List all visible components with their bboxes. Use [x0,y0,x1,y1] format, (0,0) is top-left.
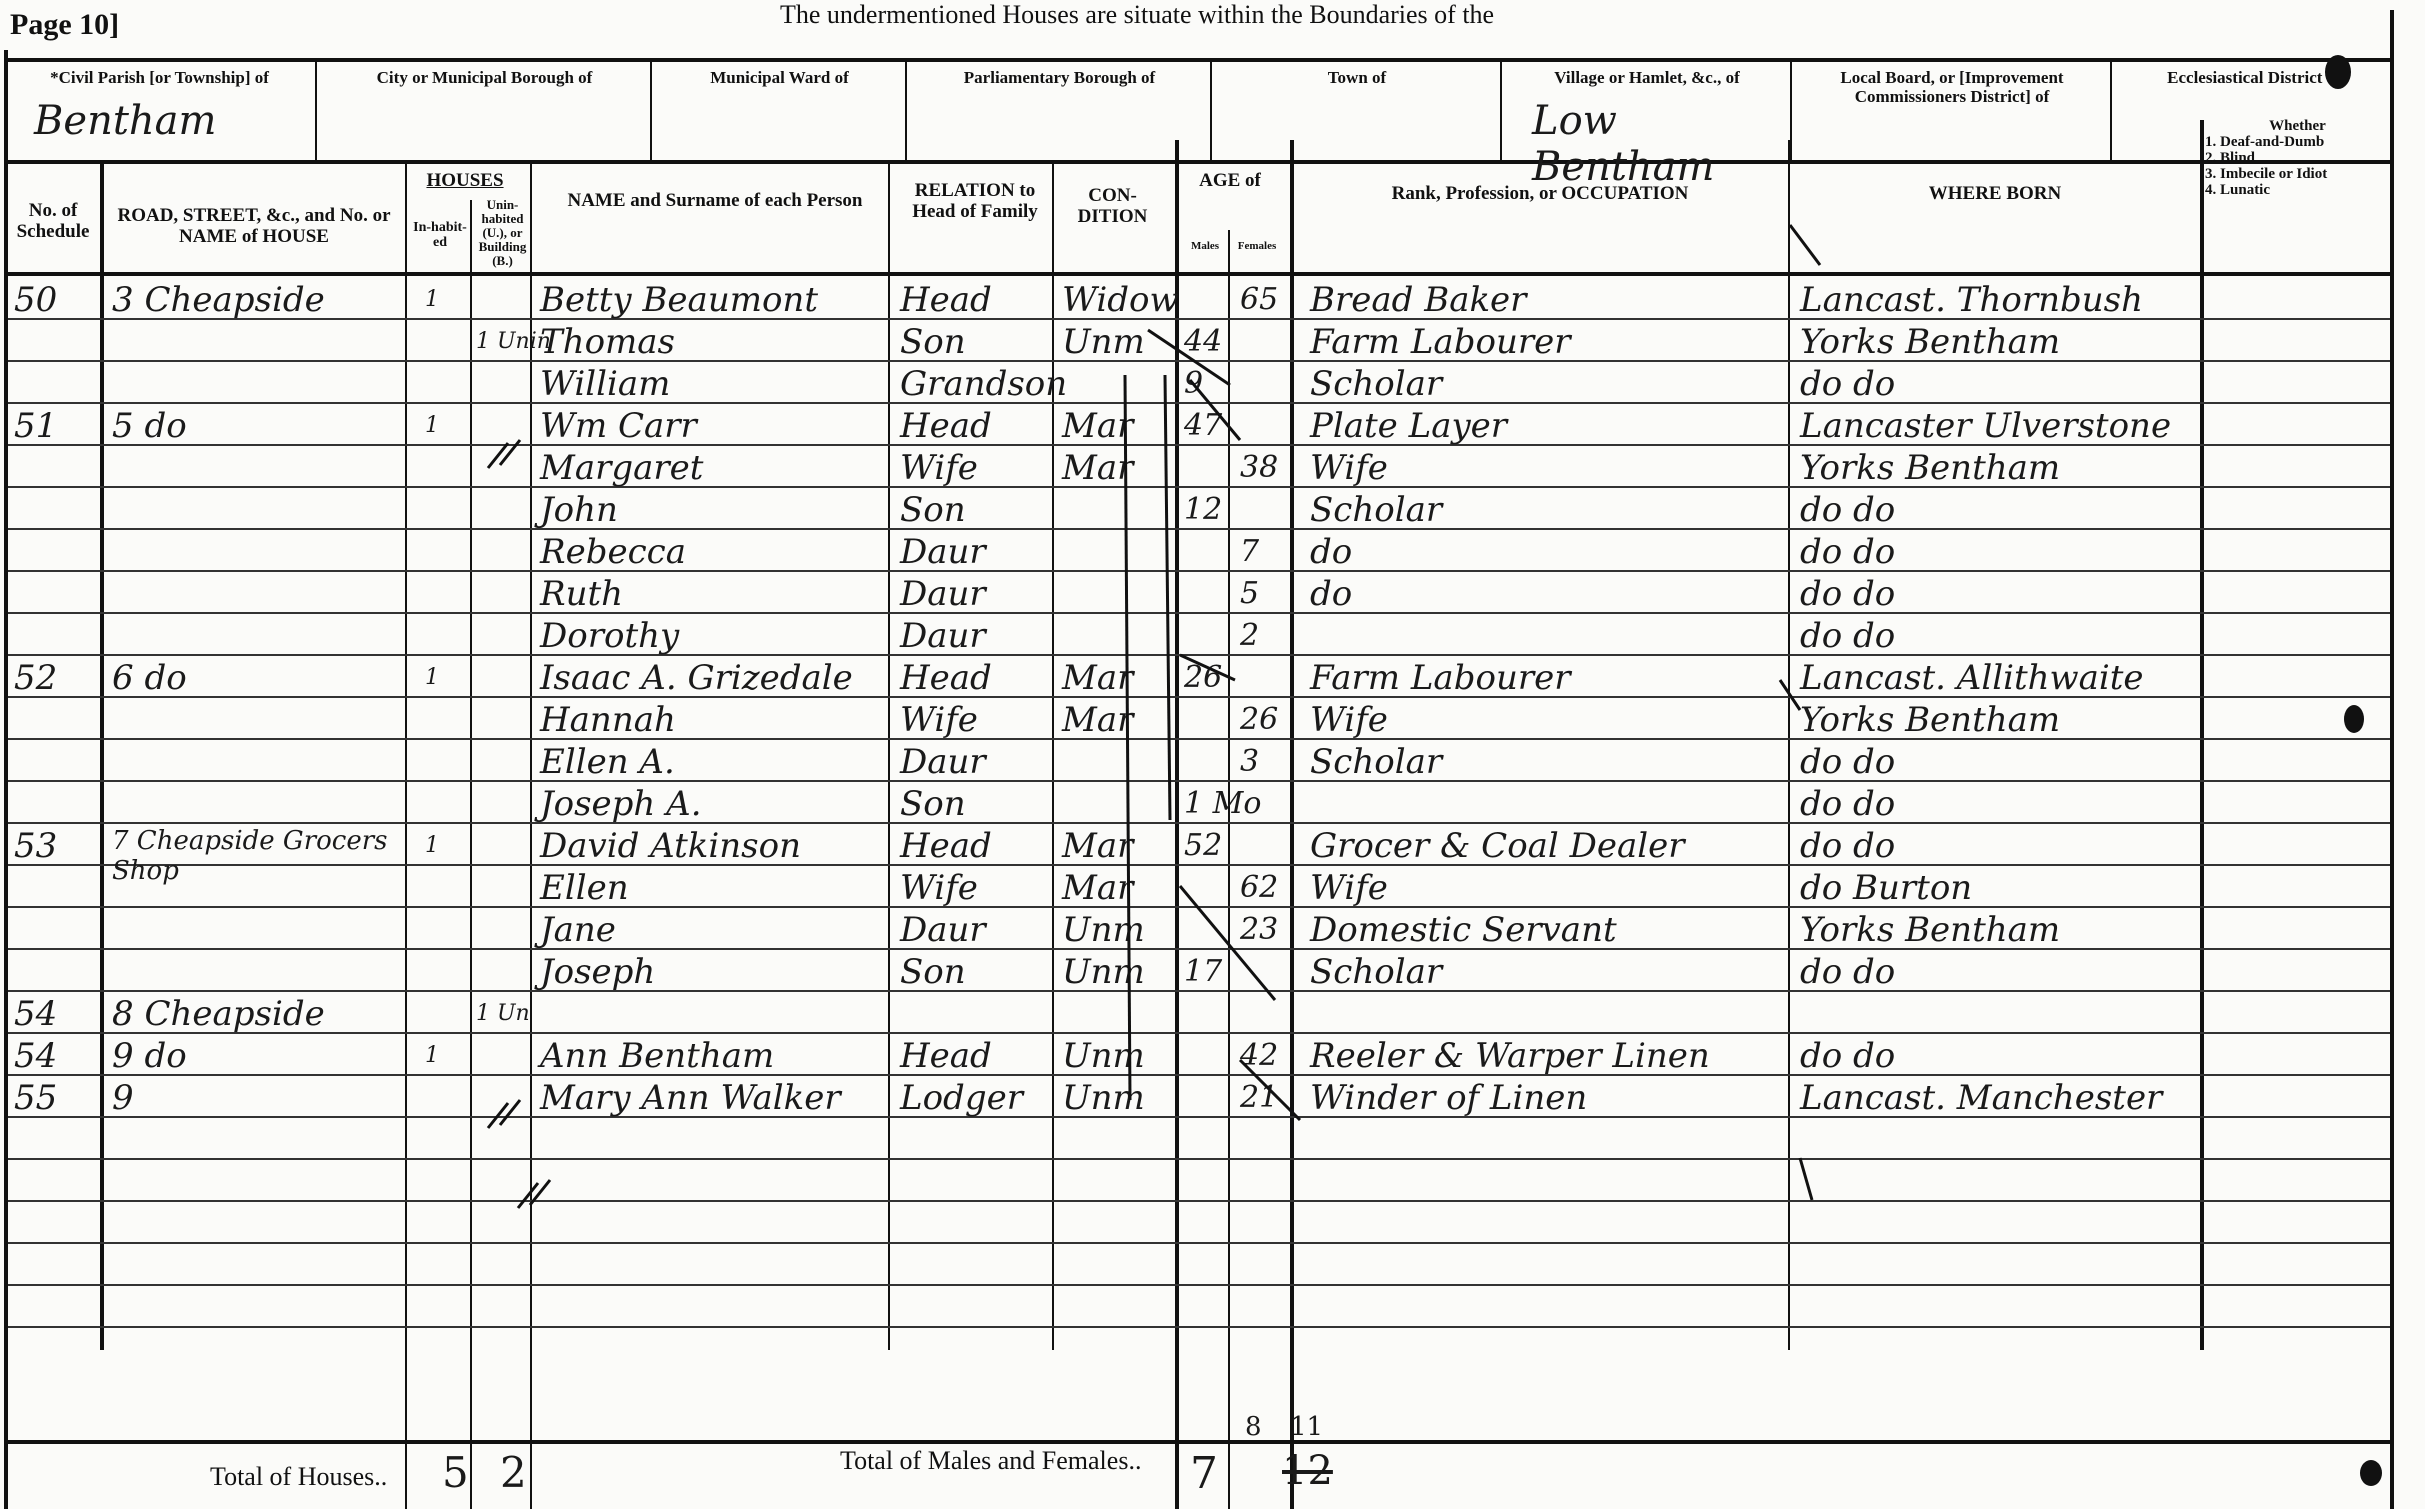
tally-marks [0,0,2425,1509]
census-page: Page 10] The undermentioned Houses are s… [0,0,2425,1509]
